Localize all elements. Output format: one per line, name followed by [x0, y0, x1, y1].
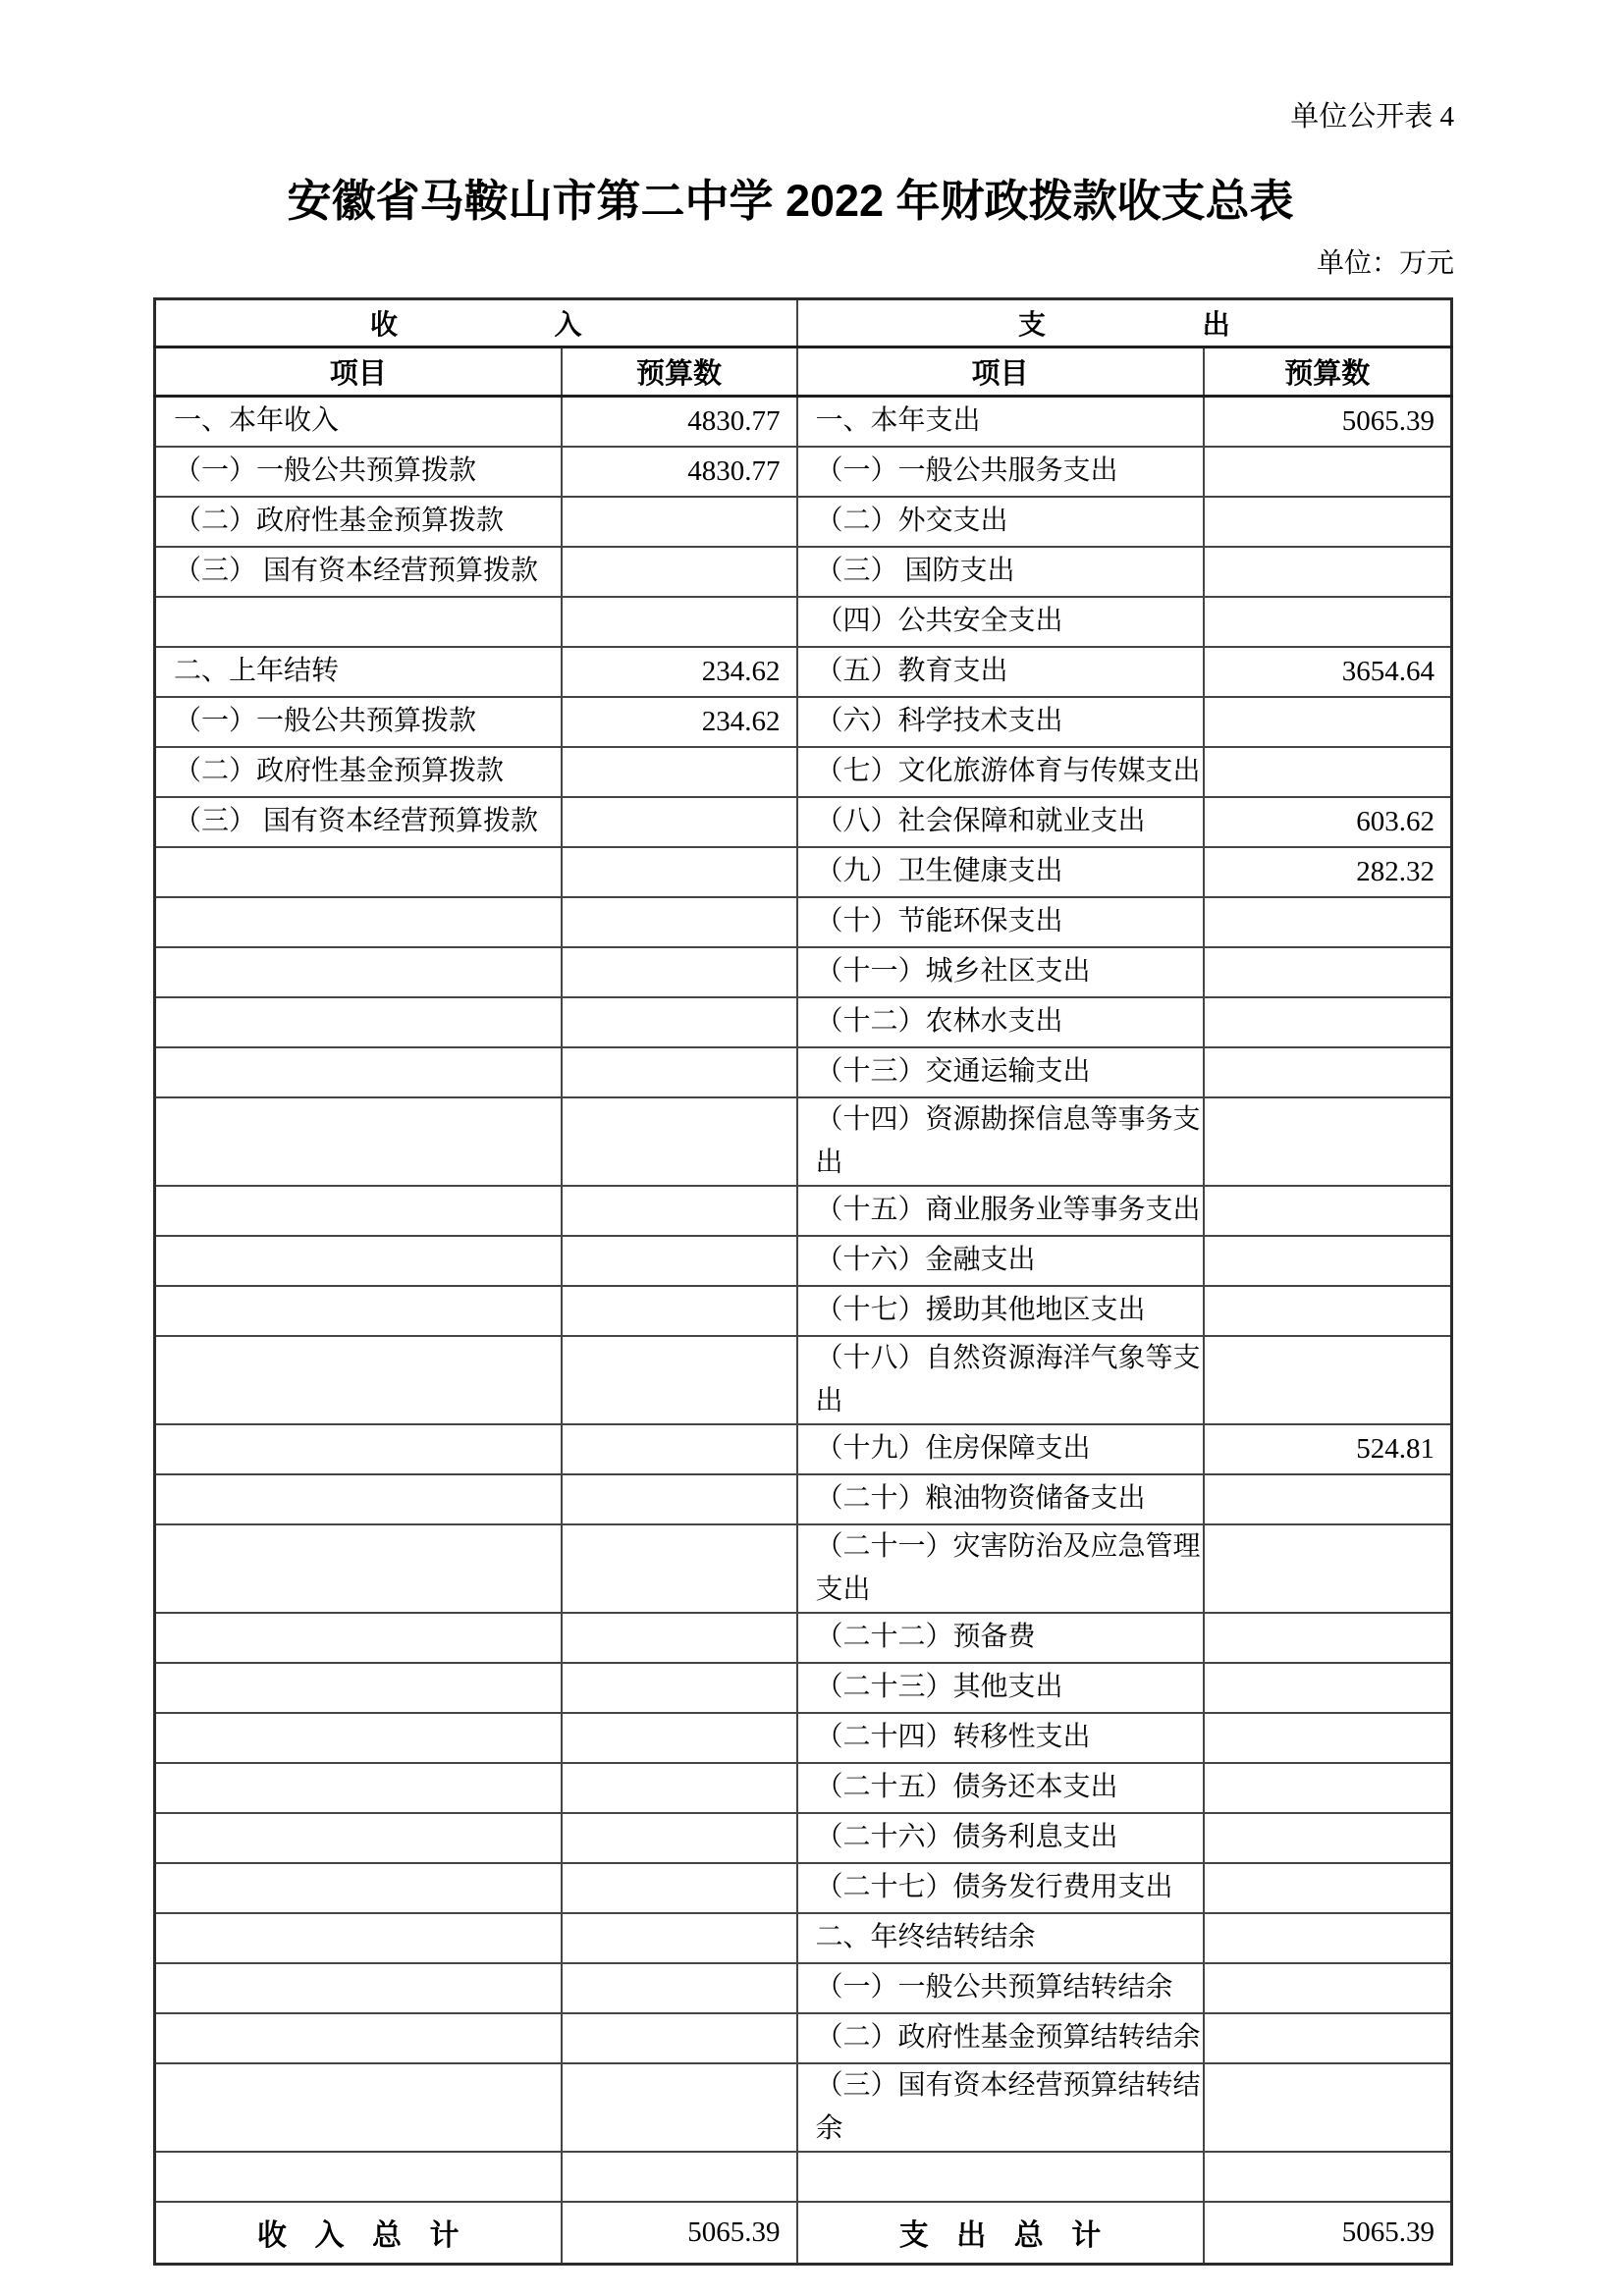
unit-note: 单位：万元	[1317, 247, 1454, 281]
expense-section-header: 支出	[797, 299, 1452, 347]
expense-budget-cell	[1204, 1613, 1452, 1663]
expense-budget-cell	[1204, 1047, 1452, 1097]
expense-budget-cell	[1204, 2152, 1452, 2202]
table-row: （二十三）其他支出	[155, 1663, 1452, 1713]
expense-budget-cell: 5065.39	[1204, 397, 1452, 447]
income-item-cell	[155, 1097, 562, 1186]
income-item-cell	[155, 1713, 562, 1763]
expense-budget-cell	[1204, 1763, 1452, 1813]
income-budget-cell	[562, 1713, 797, 1763]
expense-budget-cell	[1204, 447, 1452, 497]
expense-budget-column-header: 预算数	[1204, 347, 1452, 397]
expense-item-cell: （一）一般公共预算结转结余	[797, 1963, 1204, 2013]
table-footer: 收入总计 5065.39 支出总计 5065.39	[155, 2202, 1452, 2265]
expense-budget-cell	[1204, 1713, 1452, 1763]
table-row: （十七）援助其他地区支出	[155, 1286, 1452, 1336]
table-row: （十九）住房保障支出524.81	[155, 1424, 1452, 1474]
doc-label: 单位公开表 4	[1290, 99, 1454, 134]
income-budget-cell	[562, 1186, 797, 1236]
table-body: 一、本年收入4830.77一、本年支出5065.39（一）一般公共预算拨款483…	[155, 397, 1452, 2202]
income-item-cell	[155, 1286, 562, 1336]
income-budget-cell: 234.62	[562, 697, 797, 747]
table-row: （二十二）预备费	[155, 1613, 1452, 1663]
table-row: （二）政府性基金预算拨款（七）文化旅游体育与传媒支出	[155, 747, 1452, 797]
expense-item-cell: （三）国有资本经营预算结转结余	[797, 2063, 1204, 2152]
income-item-cell	[155, 1424, 562, 1474]
expense-budget-cell: 603.62	[1204, 797, 1452, 847]
income-item-cell	[155, 1963, 562, 2013]
income-budget-cell	[562, 1236, 797, 1286]
income-budget-cell	[562, 1613, 797, 1663]
expense-budget-cell	[1204, 697, 1452, 747]
table-row: （九）卫生健康支出282.32	[155, 847, 1452, 897]
expense-item-cell: 二、年终结转结余	[797, 1913, 1204, 1963]
expense-budget-cell	[1204, 1097, 1452, 1186]
expense-item-cell: （二十七）债务发行费用支出	[797, 1863, 1204, 1913]
expense-budget-cell	[1204, 1236, 1452, 1286]
expense-item-cell: （二十六）债务利息支出	[797, 1813, 1204, 1863]
income-budget-cell	[562, 897, 797, 947]
expense-item-cell: （三） 国防支出	[797, 547, 1204, 597]
expense-item-cell: （九）卫生健康支出	[797, 847, 1204, 897]
expense-item-cell	[797, 2152, 1204, 2202]
table-row: （一）一般公共预算结转结余	[155, 1963, 1452, 2013]
income-budget-cell: 4830.77	[562, 447, 797, 497]
expense-item-cell: （一）一般公共服务支出	[797, 447, 1204, 497]
table-row: 二、年终结转结余	[155, 1913, 1452, 1963]
table-row: （十六）金融支出	[155, 1236, 1452, 1286]
income-item-cell: （一）一般公共预算拨款	[155, 697, 562, 747]
income-item-cell	[155, 1524, 562, 1613]
expense-budget-cell	[1204, 1336, 1452, 1424]
table-row: （二）政府性基金预算拨款（二）外交支出	[155, 497, 1452, 547]
expense-budget-cell	[1204, 2013, 1452, 2063]
income-budget-cell	[562, 2152, 797, 2202]
expense-budget-cell	[1204, 547, 1452, 597]
income-item-cell	[155, 2063, 562, 2152]
income-item-cell	[155, 1813, 562, 1863]
expense-budget-cell	[1204, 1286, 1452, 1336]
expense-budget-cell	[1204, 1813, 1452, 1863]
income-budget-cell: 234.62	[562, 647, 797, 697]
income-budget-cell	[562, 1663, 797, 1713]
section-header-row: 收入 支出	[155, 299, 1452, 347]
expense-budget-cell	[1204, 497, 1452, 547]
income-section-header: 收入	[155, 299, 797, 347]
table-row: （三） 国有资本经营预算拨款（三） 国防支出	[155, 547, 1452, 597]
expense-item-cell: （十八）自然资源海洋气象等支出	[797, 1336, 1204, 1424]
income-budget-cell	[562, 797, 797, 847]
table-row: （二）政府性基金预算结转结余	[155, 2013, 1452, 2063]
table-row: 二、上年结转234.62（五）教育支出3654.64	[155, 647, 1452, 697]
income-budget-cell	[562, 1763, 797, 1813]
income-item-cell	[155, 1913, 562, 1963]
table-row: （二十七）债务发行费用支出	[155, 1863, 1452, 1913]
page-title: 安徽省马鞍山市第二中学 2022 年财政拨款收支总表	[98, 174, 1483, 229]
income-item-cell	[155, 1474, 562, 1524]
column-header-row: 项目 预算数 项目 预算数	[155, 347, 1452, 397]
expense-item-cell: （八）社会保障和就业支出	[797, 797, 1204, 847]
income-item-cell: （三） 国有资本经营预算拨款	[155, 797, 562, 847]
income-budget-cell: 4830.77	[562, 397, 797, 447]
income-budget-cell	[562, 497, 797, 547]
expense-budget-cell: 3654.64	[1204, 647, 1452, 697]
expense-item-cell: （二十五）债务还本支出	[797, 1763, 1204, 1813]
income-item-cell	[155, 2152, 562, 2202]
expense-total-value: 5065.39	[1204, 2202, 1452, 2265]
income-item-cell: （二）政府性基金预算拨款	[155, 747, 562, 797]
income-budget-cell	[562, 947, 797, 997]
table-row: （十二）农林水支出	[155, 997, 1452, 1047]
expense-item-cell: （二十）粮油物资储备支出	[797, 1474, 1204, 1524]
table-row: （二十六）债务利息支出	[155, 1813, 1452, 1863]
expense-budget-cell	[1204, 747, 1452, 797]
expense-item-cell: （十二）农林水支出	[797, 997, 1204, 1047]
income-item-cell: 一、本年收入	[155, 397, 562, 447]
income-budget-cell	[562, 1474, 797, 1524]
income-budget-cell	[562, 847, 797, 897]
table-row: （一）一般公共预算拨款4830.77（一）一般公共服务支出	[155, 447, 1452, 497]
income-item-cell	[155, 597, 562, 647]
income-item-column-header: 项目	[155, 347, 562, 397]
expense-item-cell: （十五）商业服务业等事务支出	[797, 1186, 1204, 1236]
income-budget-column-header: 预算数	[562, 347, 797, 397]
expense-item-cell: （二）外交支出	[797, 497, 1204, 547]
table-header: 收入 支出 项目 预算数 项目 预算数	[155, 299, 1452, 397]
income-budget-cell	[562, 1524, 797, 1613]
income-item-cell	[155, 947, 562, 997]
income-budget-cell	[562, 2063, 797, 2152]
expense-item-cell: （二十三）其他支出	[797, 1663, 1204, 1713]
expense-budget-cell	[1204, 1663, 1452, 1713]
income-item-cell	[155, 897, 562, 947]
table-row: （十一）城乡社区支出	[155, 947, 1452, 997]
expense-budget-cell	[1204, 2063, 1452, 2152]
table-row: （三） 国有资本经营预算拨款（八）社会保障和就业支出603.62	[155, 797, 1452, 847]
expense-item-cell: （二十四）转移性支出	[797, 1713, 1204, 1763]
income-item-cell: （三） 国有资本经营预算拨款	[155, 547, 562, 597]
income-budget-cell	[562, 1097, 797, 1186]
table-row: （三）国有资本经营预算结转结余	[155, 2063, 1452, 2152]
income-budget-cell	[562, 1336, 797, 1424]
income-budget-cell	[562, 747, 797, 797]
expense-budget-cell	[1204, 947, 1452, 997]
income-item-cell	[155, 1613, 562, 1663]
expense-budget-cell: 524.81	[1204, 1424, 1452, 1474]
page: 单位公开表 4 安徽省马鞍山市第二中学 2022 年财政拨款收支总表 单位：万元…	[0, 0, 1624, 2296]
expense-item-cell: （二十一）灾害防治及应急管理支出	[797, 1524, 1204, 1613]
table-row: （十五）商业服务业等事务支出	[155, 1186, 1452, 1236]
table-row: （二十一）灾害防治及应急管理支出	[155, 1524, 1452, 1613]
income-item-cell	[155, 1047, 562, 1097]
budget-table: 收入 支出 项目 预算数 项目 预算数 一、本年收入4830.77一、本年支出5…	[153, 297, 1453, 2266]
expense-total-label: 支出总计	[797, 2202, 1204, 2265]
expense-budget-cell: 282.32	[1204, 847, 1452, 897]
expense-item-cell: （十）节能环保支出	[797, 897, 1204, 947]
table-row: （二十四）转移性支出	[155, 1713, 1452, 1763]
income-budget-cell	[562, 997, 797, 1047]
table-row: 一、本年收入4830.77一、本年支出5065.39	[155, 397, 1452, 447]
expense-item-cell: 一、本年支出	[797, 397, 1204, 447]
income-budget-cell	[562, 1863, 797, 1913]
income-item-cell	[155, 1763, 562, 1813]
expense-item-cell: （六）科学技术支出	[797, 697, 1204, 747]
income-budget-cell	[562, 547, 797, 597]
income-item-cell: （一）一般公共预算拨款	[155, 447, 562, 497]
table-row: （二十五）债务还本支出	[155, 1763, 1452, 1813]
table-row	[155, 2152, 1452, 2202]
expense-item-cell: （四）公共安全支出	[797, 597, 1204, 647]
expense-budget-cell	[1204, 1524, 1452, 1613]
expense-budget-cell	[1204, 897, 1452, 947]
expense-item-cell: （二）政府性基金预算结转结余	[797, 2013, 1204, 2063]
income-item-cell	[155, 1863, 562, 1913]
income-budget-cell	[562, 2013, 797, 2063]
expense-budget-cell	[1204, 1863, 1452, 1913]
expense-item-cell: （十一）城乡社区支出	[797, 947, 1204, 997]
income-item-cell	[155, 1336, 562, 1424]
expense-item-cell: （二十二）预备费	[797, 1613, 1204, 1663]
table-row: （十三）交通运输支出	[155, 1047, 1452, 1097]
table-row: （十八）自然资源海洋气象等支出	[155, 1336, 1452, 1424]
income-item-cell	[155, 997, 562, 1047]
expense-item-column-header: 项目	[797, 347, 1204, 397]
income-budget-cell	[562, 1424, 797, 1474]
table-row: （一）一般公共预算拨款234.62（六）科学技术支出	[155, 697, 1452, 747]
expense-budget-cell	[1204, 1963, 1452, 2013]
expense-budget-cell	[1204, 597, 1452, 647]
income-total-label: 收入总计	[155, 2202, 562, 2265]
expense-item-cell: （五）教育支出	[797, 647, 1204, 697]
table-row: （十四）资源勘探信息等事务支出	[155, 1097, 1452, 1186]
expense-budget-cell	[1204, 1474, 1452, 1524]
income-item-cell: 二、上年结转	[155, 647, 562, 697]
income-item-cell	[155, 847, 562, 897]
expense-item-cell: （十九）住房保障支出	[797, 1424, 1204, 1474]
total-row: 收入总计 5065.39 支出总计 5065.39	[155, 2202, 1452, 2265]
expense-budget-cell	[1204, 1186, 1452, 1236]
expense-item-cell: （十四）资源勘探信息等事务支出	[797, 1097, 1204, 1186]
table-row: （四）公共安全支出	[155, 597, 1452, 647]
income-budget-cell	[562, 1047, 797, 1097]
income-item-cell	[155, 2013, 562, 2063]
table-row: （十）节能环保支出	[155, 897, 1452, 947]
income-budget-cell	[562, 1963, 797, 2013]
income-budget-cell	[562, 1913, 797, 1963]
income-item-cell	[155, 1236, 562, 1286]
income-budget-cell	[562, 1286, 797, 1336]
income-budget-cell	[562, 597, 797, 647]
income-total-value: 5065.39	[562, 2202, 797, 2265]
income-item-cell	[155, 1186, 562, 1236]
income-item-cell	[155, 1663, 562, 1713]
expense-budget-cell	[1204, 997, 1452, 1047]
expense-item-cell: （十七）援助其他地区支出	[797, 1286, 1204, 1336]
table-row: （二十）粮油物资储备支出	[155, 1474, 1452, 1524]
expense-item-cell: （十六）金融支出	[797, 1236, 1204, 1286]
income-item-cell: （二）政府性基金预算拨款	[155, 497, 562, 547]
expense-item-cell: （十三）交通运输支出	[797, 1047, 1204, 1097]
expense-item-cell: （七）文化旅游体育与传媒支出	[797, 747, 1204, 797]
expense-budget-cell	[1204, 1913, 1452, 1963]
income-budget-cell	[562, 1813, 797, 1863]
